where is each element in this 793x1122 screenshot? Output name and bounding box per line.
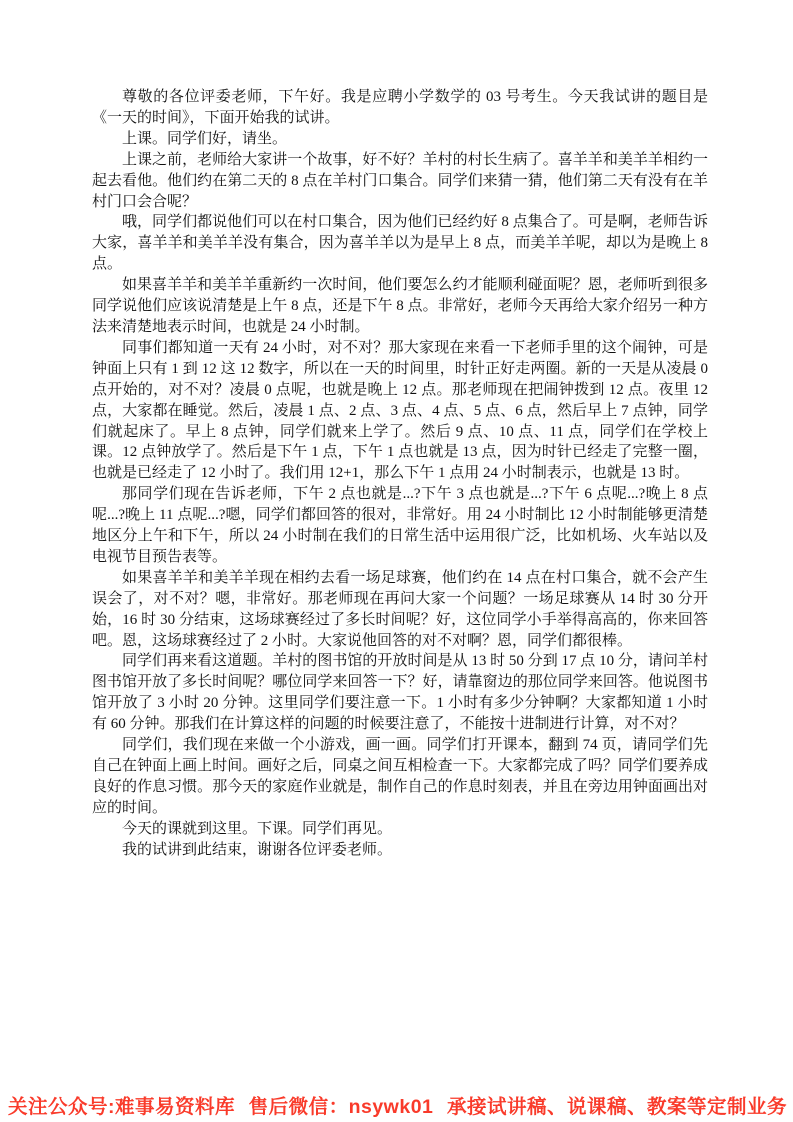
paragraph-class-end: 今天的课就到这里。下课。同学们再见。	[92, 819, 708, 840]
paragraph-library-problem: 同学们再来看这道题。羊村的图书馆的开放时间是从 13 时 50 分到 17 点 …	[92, 651, 708, 735]
document-page: 尊敬的各位评委老师，下午好。我是应聘小学数学的 03 号考生。今天我试讲的题目是…	[0, 0, 793, 1122]
paragraph-story-result: 哦，同学们都说他们可以在村口集合，因为他们已经约好 8 点集合了。可是啊，老师告…	[92, 212, 708, 275]
paragraph-game-homework: 同学们，我们现在来做一个小游戏，画一画。同学们打开课本，翻到 74 页，请同学们…	[92, 735, 708, 819]
paragraph-intro: 尊敬的各位评委老师，下午好。我是应聘小学数学的 03 号考生。今天我试讲的题目是…	[92, 87, 708, 129]
promo-footer: 关注公众号:难事易资料库 售后微信：nsywk01 承接试讲稿、说课稿、教案等定…	[8, 1091, 787, 1119]
paragraph-football-problem: 如果喜羊羊和美羊羊现在相约去看一场足球赛，他们约在 14 点在村口集合，就不会产…	[92, 568, 708, 652]
paragraph-closing: 我的试讲到此结束，谢谢各位评委老师。	[92, 840, 708, 861]
footer-wechat-contact: 售后微信：nsywk01	[249, 1091, 434, 1119]
footer-services: 承接试讲稿、说课稿、教案等定制业务	[447, 1091, 787, 1119]
paragraph-greeting: 上课。同学们好，请坐。	[92, 129, 708, 150]
paragraph-story: 上课之前，老师给大家讲一个故事，好不好？羊村的村长生病了。喜羊羊和美羊羊相约一起…	[92, 150, 708, 213]
document-body: 尊敬的各位评委老师，下午好。我是应聘小学数学的 03 号考生。今天我试讲的题目是…	[92, 87, 708, 861]
paragraph-practice-qa: 那同学们现在告诉老师，下午 2 点也就是...?下午 3 点也就是...?下午 …	[92, 484, 708, 568]
paragraph-24hour-intro: 如果喜羊羊和美羊羊重新约一次时间，他们要怎么约才能顺利碰面呢？恩，老师听到很多同…	[92, 275, 708, 338]
footer-official-account: 关注公众号:难事易资料库	[8, 1091, 235, 1119]
paragraph-clock-explain: 同事们都知道一天有 24 小时，对不对？那大家现在来看一下老师手里的这个闹钟，可…	[92, 338, 708, 484]
